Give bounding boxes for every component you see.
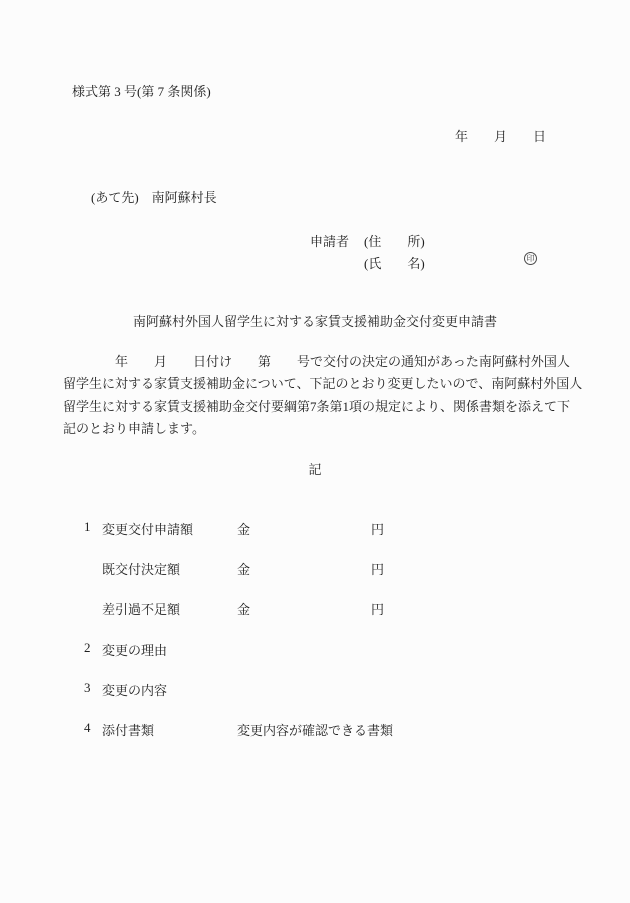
form-number: 様式第 3 号(第 7 条関係) — [72, 81, 211, 100]
item-value: 変更内容が確認できる書類 — [237, 720, 393, 739]
item-label: 変更の内容 — [102, 680, 167, 699]
body-line: 年 月 日付け 第 号で交付の決定の通知があった南阿蘇村外国人 — [63, 351, 579, 373]
date-line: 年 月 日 — [455, 126, 546, 145]
section-marker: 記 — [0, 459, 630, 478]
item-number: 3 — [84, 680, 91, 696]
item-amount-suffix: 円 — [371, 559, 384, 578]
document-title: 南阿蘇村外国人留学生に対する家賃支援補助金交付変更申請書 — [0, 311, 630, 330]
seal-mark-icon: 印 — [524, 252, 537, 265]
item-row-decided-amount: 既交付決定額 金 円 — [0, 559, 630, 577]
item-row-change-application-amount: 1 変更交付申請額 金 円 — [0, 519, 630, 537]
applicant-address-label: (住 所) — [364, 231, 425, 250]
item-amount-prefix: 金 — [237, 599, 250, 618]
item-label: 変更の理由 — [102, 640, 167, 659]
item-label: 変更交付申請額 — [102, 519, 193, 538]
applicant-name-label: (氏 名) — [364, 253, 425, 272]
item-label: 添付書類 — [102, 720, 154, 739]
item-row-attached-documents: 4 添付書類 変更内容が確認できる書類 — [0, 720, 630, 738]
item-number: 1 — [84, 519, 91, 535]
body-line: 記のとおり申請します。 — [63, 418, 579, 440]
item-row-change-content: 3 変更の内容 — [0, 680, 630, 698]
item-number: 4 — [84, 720, 91, 736]
item-amount-suffix: 円 — [371, 599, 384, 618]
item-amount-prefix: 金 — [237, 559, 250, 578]
applicant-label: 申請者 — [310, 231, 349, 250]
item-amount-suffix: 円 — [371, 519, 384, 538]
item-number: 2 — [84, 640, 91, 656]
document-page: 様式第 3 号(第 7 条関係) 年 月 日 (あて先) 南阿蘇村長 申請者 (… — [0, 0, 630, 903]
item-row-change-reason: 2 変更の理由 — [0, 640, 630, 658]
body-line: 留学生に対する家賃支援補助金交付要綱第7条第1項の規定により、関係書類を添えて下 — [63, 396, 579, 418]
item-label: 差引過不足額 — [102, 599, 180, 618]
item-label: 既交付決定額 — [102, 559, 180, 578]
body-paragraph: 年 月 日付け 第 号で交付の決定の通知があった南阿蘇村外国人 留学生に対する家… — [63, 351, 579, 441]
addressee: (あて先) 南阿蘇村長 — [91, 187, 217, 206]
item-amount-prefix: 金 — [237, 519, 250, 538]
item-row-difference-amount: 差引過不足額 金 円 — [0, 599, 630, 617]
body-line: 留学生に対する家賃支援補助金について、下記のとおり変更したいので、南阿蘇村外国人 — [63, 373, 579, 395]
